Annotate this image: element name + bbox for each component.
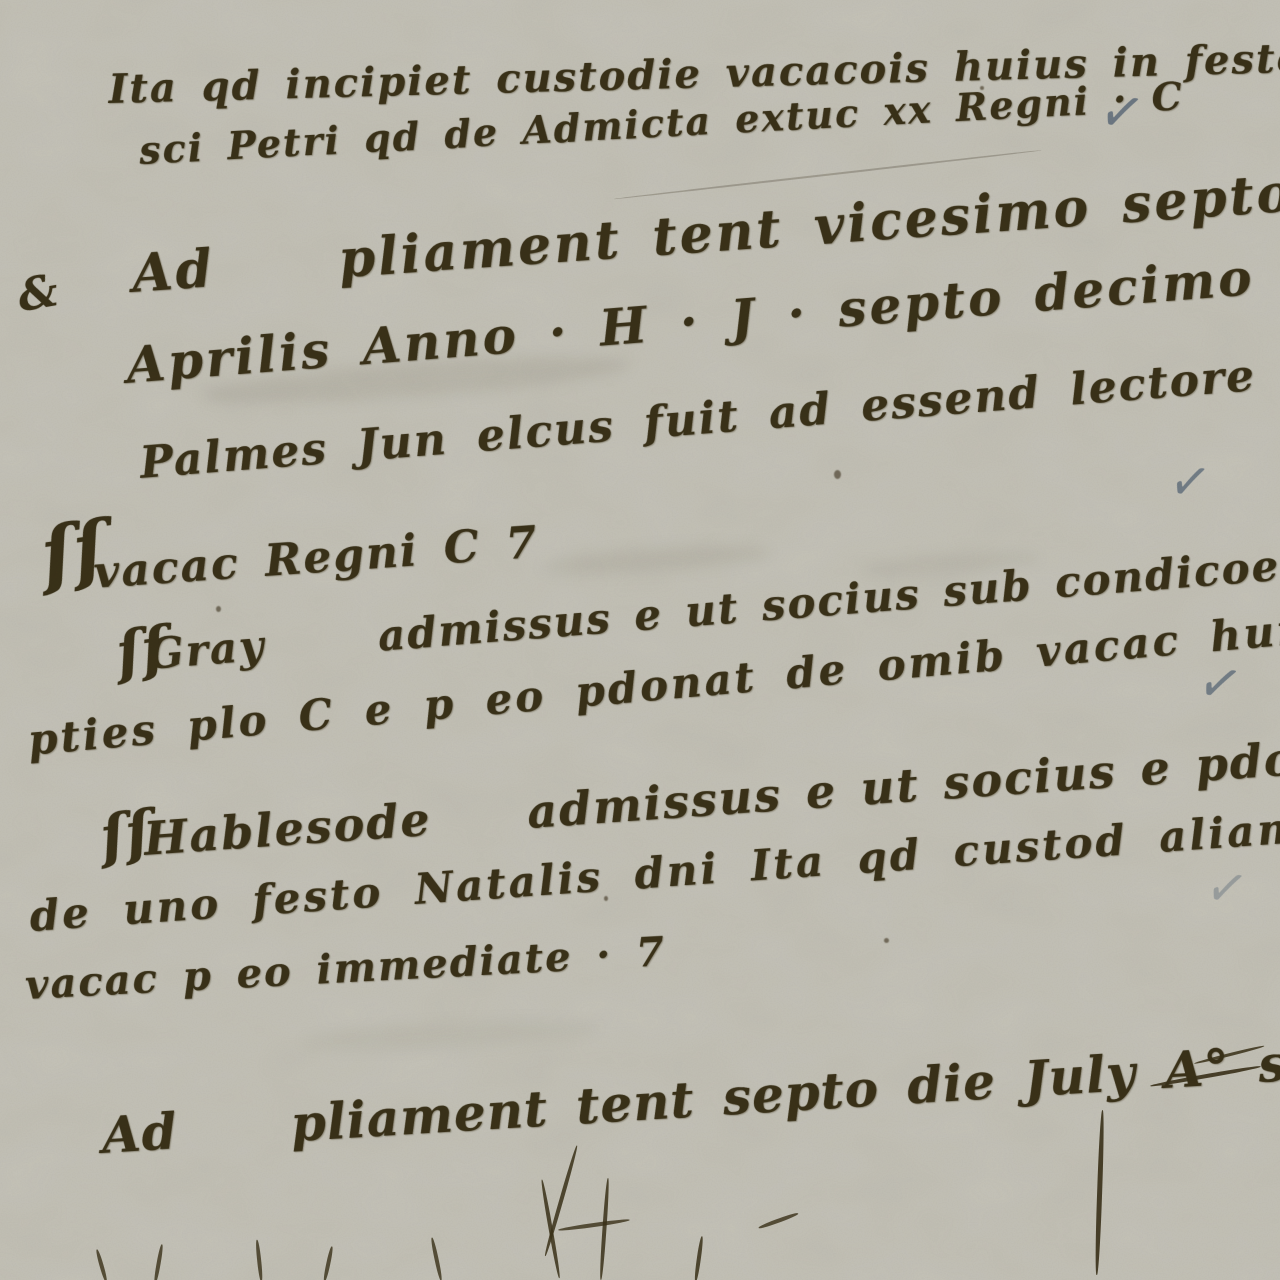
margin-checkmark-icon: ✓ xyxy=(1093,74,1150,152)
margin-checkmark-icon: ✓ xyxy=(1191,646,1248,722)
margin-checkmark-icon: ✓ xyxy=(1200,852,1253,924)
manuscript-page: Ita qd incipiet custodie vacacois huius … xyxy=(0,0,1280,1280)
checkmark-layer: ✓✓✓✓ xyxy=(0,0,1280,1280)
margin-checkmark-icon: ✓ xyxy=(1165,446,1216,517)
